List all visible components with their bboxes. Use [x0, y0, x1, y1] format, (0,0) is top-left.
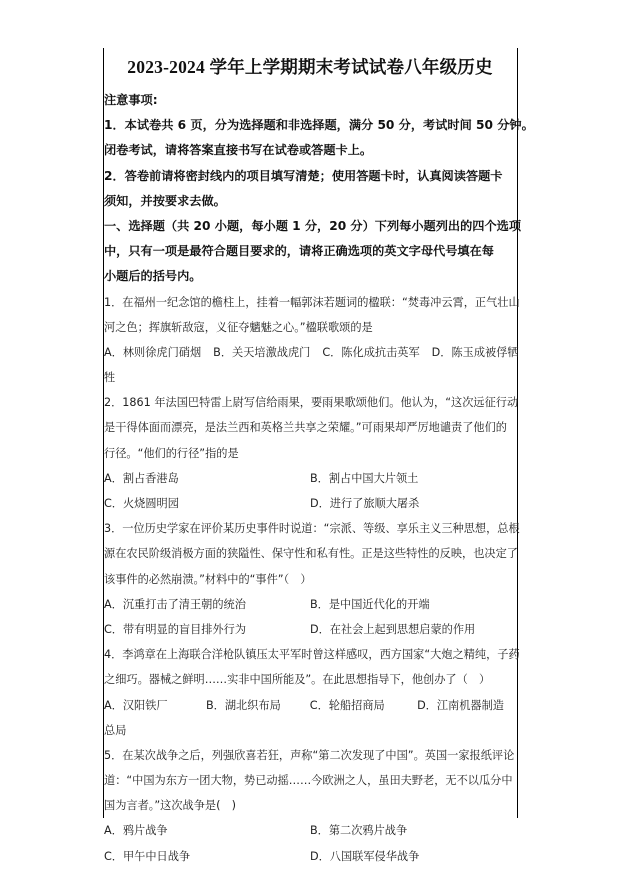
option-a[interactable]: A．林则徐虎门硝烟: [104, 340, 201, 365]
question-stem: 源在农民阶级消极方面的狭隘性、保守性和私有性。正是这些特性的反映，也决定了: [104, 541, 516, 566]
option-d-overflow: 总局: [104, 718, 516, 743]
options-row: A．割占香港岛 B．割占中国大片领土: [104, 466, 516, 491]
option-d[interactable]: D．陈玉成被俘牺: [432, 340, 519, 365]
notes-line: 1．本试卷共 6 页，分为选择题和非选择题，满分 50 分，考试时间 50 分钟…: [104, 113, 516, 138]
option-c[interactable]: C．轮船招商局: [310, 693, 405, 718]
question-5: 5．在某次战争之后，列强欣喜若狂，声称“第二次发现了中国”。英国一家报纸评论 道…: [104, 743, 516, 869]
notes-line: 2．答卷前请将密封线内的项目填写清楚；使用答题卡时，认真阅读答题卡: [104, 164, 516, 189]
notes-heading: 注意事项:: [104, 88, 516, 113]
options-row: C．带有明显的盲目排外行为 D．在社会上起到思想启蒙的作用: [104, 617, 516, 642]
question-stem: 国为言者。”这次战争是( ): [104, 793, 516, 818]
option-b[interactable]: B．湖北织布局: [206, 693, 298, 718]
option-c[interactable]: C．陈化成抗击英军: [322, 340, 419, 365]
question-stem: 河之色；挥旗斩敌寇，义征夺魑魅之心。”楹联歌颂的是: [104, 315, 516, 340]
exam-title: 2023-2024 学年上学期期末考试试卷八年级历史: [104, 56, 516, 84]
option-c[interactable]: C．火烧圆明园: [104, 491, 310, 516]
page-border-right: [517, 48, 518, 818]
options-row: A．鸦片战争 B．第二次鸦片战争: [104, 818, 516, 843]
question-4: 4．李鸿章在上海联合洋枪队镇压太平军时曾这样感叹，西方国家“大炮之精纯，子药 之…: [104, 642, 516, 743]
options-row: C．甲午中日战争 D．八国联军侵华战争: [104, 844, 516, 869]
exam-page: 2023-2024 学年上学期期末考试试卷八年级历史 注意事项: 1．本试卷共 …: [104, 48, 516, 869]
question-stem: 3．一位历史学家在评价某历史事件时说道：“宗派、等级、享乐主义三种思想，总根: [104, 516, 516, 541]
option-d-overflow: 牲: [104, 365, 516, 390]
question-stem: 之细巧。器械之鲜明……实非中国所能及”。在此思想指导下，他创办了（ ）: [104, 667, 516, 692]
option-b[interactable]: B．是中国近代化的开端: [310, 592, 516, 617]
question-stem: 5．在某次战争之后，列强欣喜若狂，声称“第二次发现了中国”。英国一家报纸评论: [104, 743, 516, 768]
section-instructions: 小题后的括号内。: [104, 264, 516, 289]
option-a[interactable]: A．鸦片战争: [104, 818, 310, 843]
option-d[interactable]: D．江南机器制造: [417, 693, 504, 718]
question-stem: 该事件的必然崩溃。”材料中的“事件”（ ）: [104, 567, 516, 592]
question-3: 3．一位历史学家在评价某历史事件时说道：“宗派、等级、享乐主义三种思想，总根 源…: [104, 516, 516, 642]
question-2: 2．1861 年法国巴特雷上尉写信给雨果，要雨果歌颂他们。他认为，“这次远征行动…: [104, 390, 516, 516]
section-instructions: 中，只有一项是最符合题目要求的，请将正确选项的英文字母代号填在每: [104, 239, 516, 264]
option-c[interactable]: C．带有明显的盲目排外行为: [104, 617, 310, 642]
option-d[interactable]: D．在社会上起到思想启蒙的作用: [310, 617, 516, 642]
question-stem: 1．在福州一纪念馆的檐柱上，挂着一幅郭沫若题词的楹联：“焚毒冲云霄，正气壮山: [104, 290, 516, 315]
option-b[interactable]: B．第二次鸦片战争: [310, 818, 516, 843]
options-row: A．沉重打击了清王朝的统治 B．是中国近代化的开端: [104, 592, 516, 617]
notes-line: 须知，并按要求去做。: [104, 189, 516, 214]
question-stem: 道：“中国为东方一团大物，势已动摇……今欧洲之人，虽田夫野老，无不以瓜分中: [104, 768, 516, 793]
options-row: A．汉阳铁厂 B．湖北织布局 C．轮船招商局 D．江南机器制造: [104, 693, 516, 718]
option-c[interactable]: C．甲午中日战争: [104, 844, 310, 869]
options-row: C．火烧圆明园 D．进行了旅顺大屠杀: [104, 491, 516, 516]
section-instructions: 一、选择题（共 20 小题，每小题 1 分，20 分）下列每小题列出的四个选项: [104, 214, 516, 239]
question-stem: 是干得体面而漂亮，是法兰西和英格兰共享之荣耀。”可雨果却严厉地谴责了他们的: [104, 415, 516, 440]
question-stem: 2．1861 年法国巴特雷上尉写信给雨果，要雨果歌颂他们。他认为，“这次远征行动: [104, 390, 516, 415]
option-a[interactable]: A．割占香港岛: [104, 466, 310, 491]
option-b[interactable]: B．关天培激战虎门: [213, 340, 310, 365]
option-b[interactable]: B．割占中国大片领土: [310, 466, 516, 491]
question-1: 1．在福州一纪念馆的檐柱上，挂着一幅郭沫若题词的楹联：“焚毒冲云霄，正气壮山 河…: [104, 290, 516, 391]
question-stem: 4．李鸿章在上海联合洋枪队镇压太平军时曾这样感叹，西方国家“大炮之精纯，子药: [104, 642, 516, 667]
notes-line: 闭卷考试，请将答案直接书写在试卷或答题卡上。: [104, 138, 516, 163]
option-a[interactable]: A．沉重打击了清王朝的统治: [104, 592, 310, 617]
question-stem: 行径。“他们的行径”指的是: [104, 441, 516, 466]
options-row: A．林则徐虎门硝烟 B．关天培激战虎门 C．陈化成抗击英军 D．陈玉成被俘牺: [104, 340, 516, 365]
option-d[interactable]: D．八国联军侵华战争: [310, 844, 516, 869]
option-d[interactable]: D．进行了旅顺大屠杀: [310, 491, 516, 516]
option-a[interactable]: A．汉阳铁厂: [104, 693, 194, 718]
